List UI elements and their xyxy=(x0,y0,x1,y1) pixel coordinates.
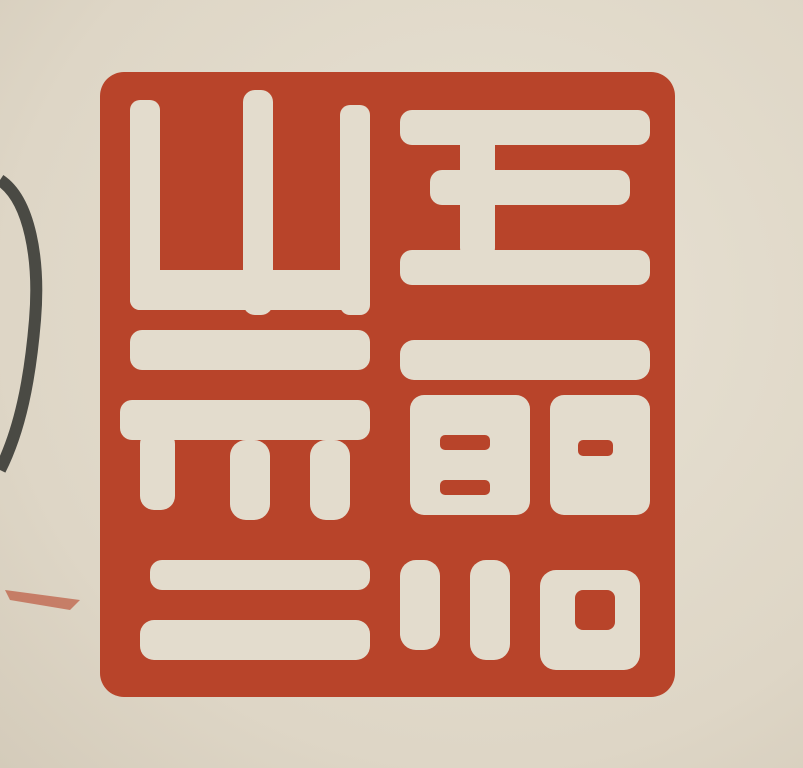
ink-speckle xyxy=(5,590,80,610)
seal-illustration xyxy=(0,0,803,768)
ink-stroke xyxy=(0,180,36,470)
photo-scene: Red square seal impression (intaglio, wh… xyxy=(0,0,803,768)
